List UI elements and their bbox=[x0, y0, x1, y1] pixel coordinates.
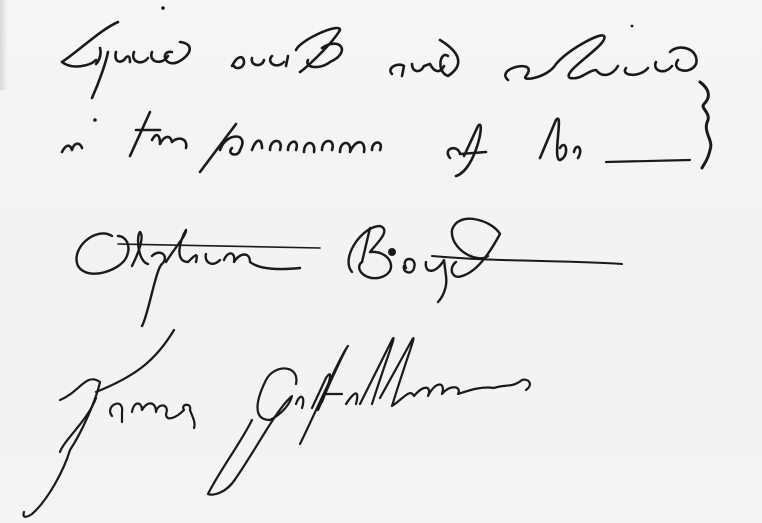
signature-james-gilfellen bbox=[23, 330, 529, 517]
signature-stephen-boyd bbox=[77, 219, 622, 326]
ink-strokes bbox=[0, 0, 762, 523]
handwriting-line-1 bbox=[62, 6, 697, 98]
handwriting-line-2 bbox=[62, 82, 711, 176]
handwritten-document: Signed sealed and delivered in the prese… bbox=[0, 0, 762, 523]
